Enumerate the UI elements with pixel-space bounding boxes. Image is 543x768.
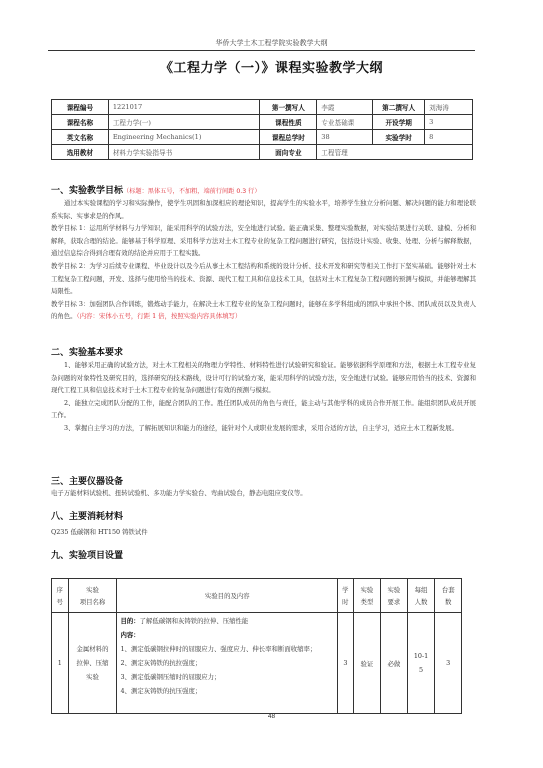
cell-group-size: 10-15 <box>407 613 435 714</box>
info-value: 工程力学(一) <box>108 115 260 130</box>
col-header-name: 实验项目名称 <box>68 579 117 613</box>
cell-type: 验证 <box>353 613 380 714</box>
info-value: 8 <box>425 130 473 145</box>
section-title: 一、实验教学目标 <box>51 186 123 196</box>
intro-paragraph: 通过本实验课程的学习和实际操作，使学生巩固和加深相应的理论知识，提高学生的实验水… <box>51 197 476 222</box>
experiment-projects-table: 序号 实验项目名称 实验目的及内容 学时 实验类型 实验要求 每组人数 台套数 … <box>51 578 462 714</box>
info-value: 刘海涛 <box>425 100 473 115</box>
info-value: 材料力学实验指导书 <box>108 145 260 160</box>
section-project-settings: 九、实验项目设置 <box>51 548 476 561</box>
equipment-list: 电子万能材料试验机、扭转试验机、多功能力学实验台、弯曲试验台，静态电阻应变仪等。 <box>51 487 476 500</box>
table-header-row: 序号 实验项目名称 实验目的及内容 学时 实验类型 实验要求 每组人数 台套数 <box>52 579 462 613</box>
requirement-2: 2、能独立完成团队分配的工作，能配合团队的工作。胜任团队成员的角色与责任，能主动… <box>51 397 476 422</box>
running-header: 华侨大学土木工程学院实验教学大纲 <box>0 38 543 48</box>
info-label: 课程总学时 <box>260 130 317 145</box>
info-label: 第一撰写人 <box>260 100 317 115</box>
info-value: 专业基础课 <box>317 115 373 130</box>
info-row: 英文名称 Engineering Mechanics(1) 课程总学时 38 实… <box>52 130 473 145</box>
purpose-line: 目的：了解低碳钢和灰铸铁的拉伸、压缩性能 <box>120 614 334 628</box>
info-label: 开设学期 <box>373 115 425 130</box>
info-label: 课程性质 <box>260 115 317 130</box>
section-basic-requirements: 二、实验基本要求 1、能够采用正确的试验方法，对土木工程相关的物理力学特性、材料… <box>51 345 476 435</box>
content-item: 3、测定低碳钢压缩时的屈服应力； <box>120 670 334 684</box>
info-label: 英文名称 <box>52 130 109 145</box>
info-label: 实验学时 <box>373 130 425 145</box>
document-title: 《工程力学（一）》课程实验教学大纲 <box>0 57 543 76</box>
content-item: 4、测定灰铸铁的抗压强度； <box>120 684 334 698</box>
info-value: 3 <box>425 115 473 130</box>
info-label: 课程编号 <box>52 100 109 115</box>
requirement-1: 1、能够采用正确的试验方法，对土木工程相关的物理力学特性、材料特性进行试验研究和… <box>51 359 476 397</box>
info-label: 课程名称 <box>52 115 109 130</box>
cell-hours: 3 <box>338 613 354 714</box>
page-number: 48 <box>0 713 543 720</box>
goal-1-paragraph: 教学目标 1：运用所学材料与力学知识，能采用科学的试验方法，安全地进行试验。能正… <box>51 222 476 260</box>
section-teaching-goals: 一、实验教学目标（标题：黑体五号，不加粗，端前行间距 0.3 行） 通过本实验课… <box>51 183 476 323</box>
info-row: 课程名称 工程力学(一) 课程性质 专业基础课 开设学期 3 <box>52 115 473 130</box>
info-label: 第二撰写人 <box>373 100 425 115</box>
section-title: 九、实验项目设置 <box>51 548 476 561</box>
header-rule <box>48 50 475 51</box>
col-header-hours: 学时 <box>338 579 354 613</box>
col-header-content: 实验目的及内容 <box>117 579 338 613</box>
cell-name: 金属材料的拉伸、压缩实验 <box>68 613 117 714</box>
section-consumables: 八、主要消耗材料 Q235 低碳钢和 HT150 铸铁试件 <box>51 509 476 539</box>
section-title: 二、实验基本要求 <box>51 345 476 358</box>
info-value: 1221017 <box>108 100 260 115</box>
info-label: 选用教材 <box>52 145 109 160</box>
cell-no: 1 <box>52 613 69 714</box>
goal-2-paragraph: 教学目标 2：为学习后续专业课程、毕业设计以及今后从事土木工程结构和系统的设计分… <box>51 260 476 298</box>
goal-3-paragraph: 教学目标 3：加强团队合作训练，锻炼动手能力，在解决土木工程专业的复杂工程问题时… <box>51 298 476 323</box>
cell-content: 目的：了解低碳钢和灰铸铁的拉伸、压缩性能 内容： 1、测定低碳钢拉伸时的屈服应力… <box>117 613 338 714</box>
course-info-table: 课程编号 1221017 第一撰写人 李霞 第二撰写人 刘海涛 课程名称 工程力… <box>51 99 473 160</box>
info-value: 38 <box>317 130 373 145</box>
section-title: 三、主要仪器设备 <box>51 474 476 487</box>
content-label: 内容： <box>120 628 334 642</box>
section-heading: 一、实验教学目标（标题：黑体五号，不加粗，端前行间距 0.3 行） <box>51 183 476 196</box>
table-row: 1 金属材料的拉伸、压缩实验 目的：了解低碳钢和灰铸铁的拉伸、压缩性能 内容： … <box>52 613 462 714</box>
col-header-requirement: 实验要求 <box>381 579 408 613</box>
consumables-list: Q235 低碳钢和 HT150 铸铁试件 <box>51 526 476 539</box>
cell-sets: 3 <box>435 613 462 714</box>
requirement-3: 3、掌握自主学习的方法，了解拓展知识和能力的途径，能针对个人或职业发展的需求，采… <box>51 422 476 435</box>
cell-requirement: 必做 <box>381 613 408 714</box>
col-header-type: 实验类型 <box>353 579 380 613</box>
section-title: 八、主要消耗材料 <box>51 509 476 522</box>
info-row: 选用教材 材料力学实验指导书 面向专业 工程管理 <box>52 145 473 160</box>
info-label: 面向专业 <box>260 145 317 160</box>
col-header-sets: 台套数 <box>435 579 462 613</box>
section-equipment: 三、主要仪器设备 电子万能材料试验机、扭转试验机、多功能力学实验台、弯曲试验台，… <box>51 474 476 500</box>
info-value: 李霞 <box>317 100 373 115</box>
content-item: 2、测定灰铸铁的抗拉强度； <box>120 656 334 670</box>
info-value: 工程管理 <box>317 145 473 160</box>
info-value: Engineering Mechanics(1) <box>108 130 260 145</box>
content-item: 1、测定低碳钢拉伸时的屈服应力、强度应力、伸长率和断面收缩率； <box>120 642 334 656</box>
col-header-no: 序号 <box>52 579 69 613</box>
format-note: （标题：黑体五号，不加粗，端前行间距 0.3 行） <box>123 188 261 195</box>
info-row: 课程编号 1221017 第一撰写人 李霞 第二撰写人 刘海涛 <box>52 100 473 115</box>
format-note: （内容：宋体小五号，行距 1 倍，按照实验内容具体填写） <box>77 312 242 320</box>
col-header-group-size: 每组人数 <box>407 579 435 613</box>
